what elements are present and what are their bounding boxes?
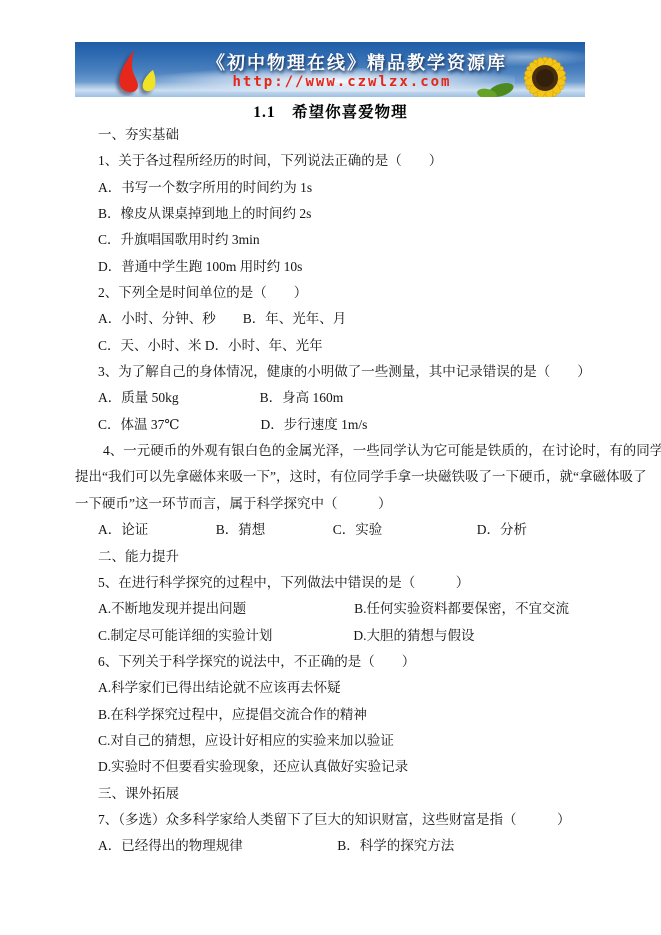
question-6-option-c: C.对自己的猜想，应设计好相应的实验来加以验证 xyxy=(75,728,591,754)
question-4-line-2: 提出“我们可以先拿磁体来吸一下”，这时，有位同学手拿一块磁铁吸了一下硬币，就“拿… xyxy=(75,464,591,490)
section-heading-extension: 三、课外拓展 xyxy=(75,781,591,807)
question-2-options-cd: C．天、小时、米 D．小时、年、光年 xyxy=(75,333,591,359)
question-6-option-d: D.实验时不但要看实验现象，还应认真做好实验记录 xyxy=(75,754,591,780)
question-6-option-a: A.科学家们已得出结论就不应该再去怀疑 xyxy=(75,675,591,701)
question-5: 5、在进行科学探究的过程中，下列做法中错误的是（ ） xyxy=(75,570,591,596)
header-banner: 《初中物理在线》精品教学资源库 http://www.czwlzx.com xyxy=(75,42,585,97)
question-3: 3、为了解自己的身体情况，健康的小明做了一些测量，其中记录错误的是（ ） xyxy=(75,359,591,385)
question-1-option-b: B．橡皮从课桌掉到地上的时间约 2s xyxy=(75,201,591,227)
section-heading-basics: 一、夯实基础 xyxy=(75,122,591,148)
question-6-option-b: B.在科学探究过程中，应提倡交流合作的精神 xyxy=(75,702,591,728)
question-5-options-cd: C.制定尽可能详细的实验计划 D.大胆的猜想与假设 xyxy=(75,623,591,649)
question-4-line-1: 4、一元硬币的外观有银白色的金属光泽，一些同学认为它可能是铁质的，在讨论时，有的… xyxy=(75,438,591,464)
question-7: 7、（多选）众多科学家给人类留下了巨大的知识财富，这些财富是指（ ） xyxy=(75,807,591,833)
question-7-options-ab: A．已经得出的物理规律 B．科学的探究方法 xyxy=(75,833,591,859)
question-3-options-ab: A．质量 50kg B．身高 160m xyxy=(75,385,591,411)
question-5-options-ab: A.不断地发现并提出问题 B.任何实验资料都要保密，不宜交流 xyxy=(75,596,591,622)
worksheet-title: 1.1 希望你喜爱物理 xyxy=(0,100,661,122)
flame-logo-icon xyxy=(107,46,169,96)
question-1-option-a: A．书写一个数字所用的时间约为 1s xyxy=(75,175,591,201)
question-4-options: A．论证 B．猜想 C．实验 D．分析 xyxy=(75,517,591,543)
question-3-options-cd: C．体温 37℃ D．步行速度 1m/s xyxy=(75,412,591,438)
question-1: 1、关于各过程所经历的时间，下列说法正确的是（ ） xyxy=(75,148,591,174)
question-4-line-3: 一下硬币”这一环节而言，属于科学探究中（ ） xyxy=(75,491,591,517)
question-1-option-d: D．普通中学生跑 100m 用时约 10s xyxy=(75,254,591,280)
question-2: 2、下列全是时间单位的是（ ） xyxy=(75,280,591,306)
banner-site-url: http://www.czwlzx.com xyxy=(165,74,519,90)
worksheet-body: 一、夯实基础 1、关于各过程所经历的时间，下列说法正确的是（ ） A．书写一个数… xyxy=(75,122,591,860)
question-6: 6、下列关于科学探究的说法中，不正确的是（ ） xyxy=(75,649,591,675)
section-heading-improve: 二、能力提升 xyxy=(75,544,591,570)
question-2-options-ab: A．小时、分钟、秒 B．年、光年、月 xyxy=(75,306,591,332)
sunflower-icon xyxy=(473,52,585,97)
document-page: 《初中物理在线》精品教学资源库 http://www.czwlzx.com xyxy=(0,0,661,935)
question-1-option-c: C．升旗唱国歌用时约 3min xyxy=(75,227,591,253)
